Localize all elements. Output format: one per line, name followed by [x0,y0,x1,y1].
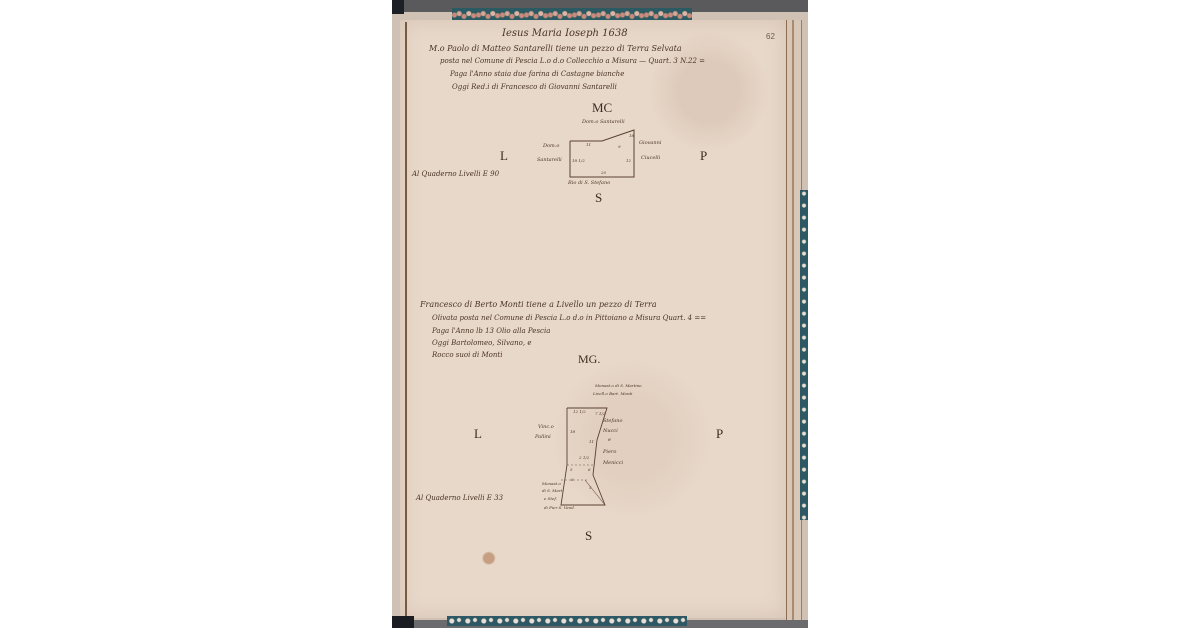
plot1-label-right: Giovanni [639,140,661,146]
marbled-edge-bottom [447,616,687,626]
marbled-edge-right [800,190,808,520]
compass-west-label: L [500,148,508,164]
compass-west-label: L [474,426,482,442]
plot1-label-bottom: Rio di S. Stefano [568,180,610,186]
manuscript-scan: 62 Iesus Maria Ioseph 1638 M.o Paolo di … [392,0,808,628]
plot1-label-left: Santarelli [537,157,562,163]
plot1-label-right: Ciucelli [641,155,660,161]
plot2-label-right: Stefano [603,418,622,424]
plot1-measure: 9 [618,144,621,149]
plot2-measure: 7 1/2 [595,411,605,416]
compass-south-label: S [585,528,592,544]
entry1-line: M.o Paolo di Matteo Santarelli tiene un … [429,44,682,53]
plot2-measure: 6 [571,477,574,482]
plot1-measure: 18 1/2 [572,158,585,163]
plot2-measure: 2 1/2 [579,455,589,460]
entry2-line: Rocco suoi di Monti [432,351,502,359]
page-gutter-line [405,22,407,618]
compass-south-label: S [595,190,602,206]
plot2-label-bottom: e Stef. [544,496,557,501]
plot-diagram-2 [547,400,637,515]
entry1-line: Oggi Red.i di Francesco di Giovanni Sant… [452,83,617,91]
plot2-label-right: Piero [603,449,616,455]
page-number: 62 [766,32,775,41]
ledger-reference: Al Quaderno Livelli E 90 [412,170,499,178]
plot2-label-right: e [608,437,611,443]
compass-north-label: MG. [578,352,600,367]
plot2-label-right: Nucci [603,428,618,434]
plot2-label-right: Menicci [603,460,623,466]
compass-east-label: P [716,426,723,442]
plot1-measure: 20 [601,170,606,175]
plot2-measure: 6 [588,467,591,472]
plot2-label-bottom: Monast.o [542,481,561,486]
plot1-measure: 18 [629,133,634,138]
entry1-line: posta nel Comune di Pescia L.o d.o Colle… [440,57,705,65]
plot2-measure: 11 [589,439,594,444]
plot2-label-top: Monast.o di S. Martino [595,383,642,388]
plot2-label-bottom: di S. Mart. [542,488,564,493]
entry1-line: Paga l'Anno staia due farina di Castagne… [450,70,624,78]
plot2-measure: 12 1/2 [573,409,586,414]
entry2-line: Francesco di Berto Monti tiene a Livello… [420,300,657,309]
entry1-heading: Iesus Maria Ioseph 1638 [502,28,628,39]
entry2-line: Olivata posta nel Comune di Pescia L.o d… [432,314,706,322]
plot2-label-top: Livell.o Bart. Monti [593,391,632,396]
compass-north-label: MC [592,100,612,116]
plot2-measure: 18 [570,429,575,434]
plot1-measure: 12 [626,158,631,163]
plot2-label-bottom: di Pier S. Vand. [544,505,575,510]
ledger-reference: Al Quaderno Livelli E 33 [416,494,503,502]
plot2-measure: 5 [570,467,573,472]
scan-corner [392,0,404,14]
plot1-label-left: Dom.o [543,143,559,149]
entry2-line: Oggi Bartolomeo, Silvano, e [432,339,531,347]
plot2-measure: 5 [589,485,592,490]
plot1-label-top: Dom.o Santarelli [582,119,625,125]
page-fore-edge-line [792,20,794,620]
entry2-line: Paga l'Anno lb 13 Olio alla Pescia [432,327,550,335]
plot1-measure: 11 [586,142,591,147]
compass-east-label: P [700,148,707,164]
plot2-label-left: Pallini [535,434,551,440]
plot2-label-left: Vinc.o [538,424,554,430]
scan-corner-bottom [392,616,414,628]
